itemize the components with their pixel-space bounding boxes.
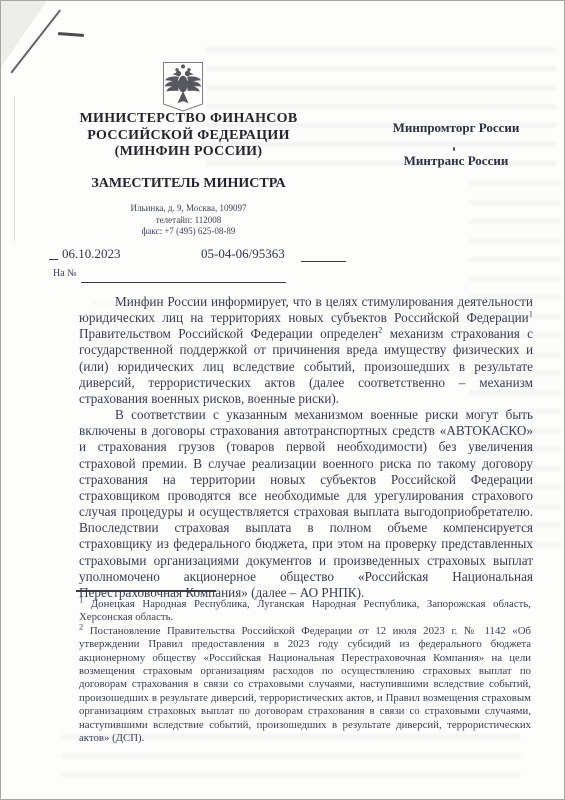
body-paragraph-1: Минфин России информирует, что в целях с… [79,294,533,407]
letter-number: 05-04-06/95363 [201,246,285,262]
letter-date: 06.10.2023 [62,246,121,262]
footnote-2-text: Постановление Правительства Российской Ф… [79,625,531,744]
footnotes-block: 1 Донецкая Народная Республика, Луганска… [79,598,531,745]
body-p1-text-b: Правительством Российской Федерации опре… [79,326,378,341]
ministry-name-line2: РОССИЙСКОЙ ФЕДЕРАЦИИ [41,128,336,145]
body-p1-text-a: Минфин России информирует, что в целях с… [79,294,533,325]
official-position-title: ЗАМЕСТИТЕЛЬ МИНИСТРА [41,176,336,192]
reply-to-label: На № [53,268,77,279]
recipient-minpromtorg: Минпромторг России [341,120,565,136]
page-edge-shadow [14,96,15,241]
scan-dash-mark [58,32,84,37]
ministry-name-line1: МИНИСТЕРСТВО ФИНАНСОВ [41,111,336,128]
footnote-1: 1 Донецкая Народная Республика, Луганска… [79,598,531,625]
footnote-ref-1: 1 [529,309,533,319]
russia-coat-of-arms-icon [161,61,205,118]
ministry-address-block: Ильинка, д. 9, Москва, 109097 телетайп: … [41,203,336,238]
recipients-block: Минпромторг России Минтранс России [341,120,565,169]
scan-speck [453,147,455,151]
address-fax: факс: +7 (495) 625-08-89 [41,226,336,238]
body-paragraph-2: В соответствии с указанным механизмом во… [79,407,533,601]
scanned-letter-page: МИНИСТЕРСТВО ФИНАНСОВ РОССИЙСКОЙ ФЕДЕРАЦ… [0,0,565,800]
letter-body: Минфин России информирует, что в целях с… [79,294,533,601]
reply-to-underline [81,282,286,283]
footnote-2: 2 Постановление Правительства Российской… [79,625,531,746]
ministry-name-line3: (МИНФИН РОССИИ) [41,144,336,161]
date-underscore-line [49,259,58,260]
recipient-mintrans: Минтранс России [341,153,565,169]
footnote-separator-rule [76,590,216,592]
ministry-name-block: МИНИСТЕРСТВО ФИНАНСОВ РОССИЙСКОЙ ФЕДЕРАЦ… [41,111,336,161]
footnote-1-text: Донецкая Народная Республика, Луганская … [79,598,531,623]
address-teletype: телетайп: 112008 [41,215,336,227]
number-underscore-line [301,261,346,262]
address-street: Ильинка, д. 9, Москва, 109097 [41,203,336,215]
